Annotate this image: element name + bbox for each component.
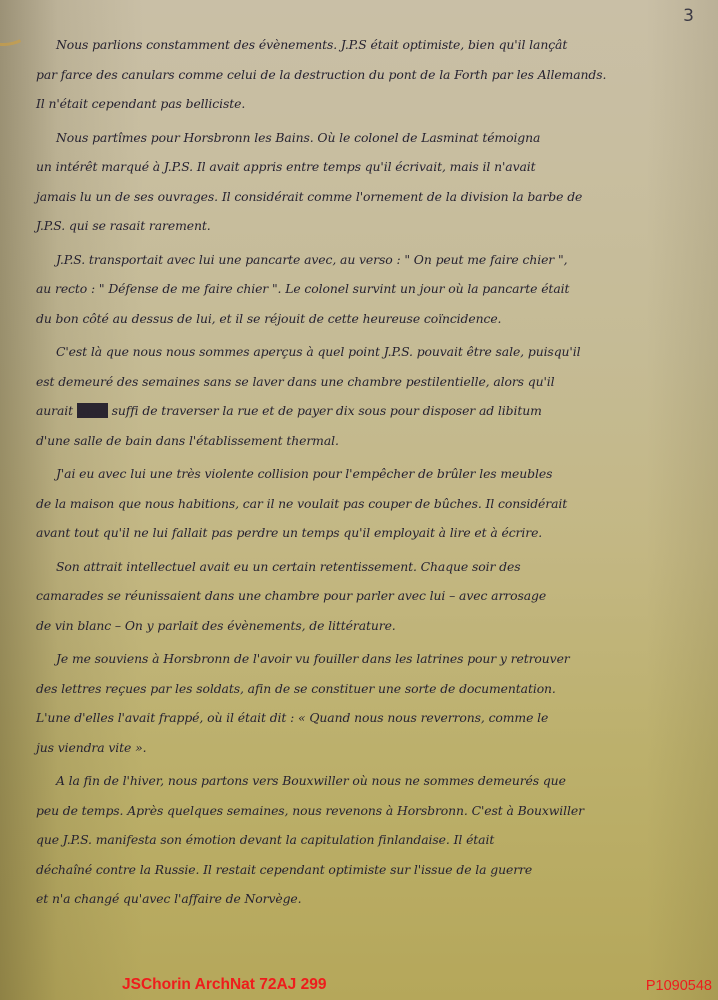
paragraph: C'est là que nous nous sommes aperçus à … <box>36 337 708 455</box>
text-line: d'une salle de bain dans l'établissement… <box>36 426 708 456</box>
photo-id-stamp: P1090548 <box>646 978 712 994</box>
archive-reference-stamp: JSChorin ArchNat 72AJ 299 <box>122 976 326 994</box>
text-line: Son attrait intellectuel avait eu un cer… <box>36 552 708 582</box>
paragraph: J'ai eu avec lui une très violente colli… <box>36 459 708 548</box>
text-line: camarades se réunissaient dans une chamb… <box>36 581 708 611</box>
text-line: Il n'était cependant pas belliciste. <box>36 89 708 119</box>
paragraph: Nous parlions constamment des évènements… <box>36 30 708 119</box>
text-line: des lettres reçues par les soldats, afin… <box>36 674 708 704</box>
handwritten-text-body: Nous parlions constamment des évènements… <box>36 30 708 918</box>
page-number: 3 <box>683 6 694 26</box>
text-line: avant tout qu'il ne lui fallait pas perd… <box>36 518 708 548</box>
text-line: que J.P.S. manifesta son émotion devant … <box>36 825 708 855</box>
text-line: Je me souviens à Horsbronn de l'avoir vu… <box>36 644 708 674</box>
text-line: A la fin de l'hiver, nous partons vers B… <box>36 766 708 796</box>
text-line: de la maison que nous habitions, car il … <box>36 489 708 519</box>
text-line: Nous partîmes pour Horsbronn les Bains. … <box>36 123 708 153</box>
text-line: déchaîné contre la Russie. Il restait ce… <box>36 855 708 885</box>
text-line: et n'a changé qu'avec l'affaire de Norvè… <box>36 884 708 914</box>
text-line: par farce des canulars comme celui de la… <box>36 60 708 90</box>
text-line: du bon côté au dessus de lui, et il se r… <box>36 304 708 334</box>
text-line: jus viendra vite ». <box>36 733 708 763</box>
text-line: de vin blanc – On y parlait des évènemen… <box>36 611 708 641</box>
paragraph: Je me souviens à Horsbronn de l'avoir vu… <box>36 644 708 762</box>
text-line: au recto : " Défense de me faire chier "… <box>36 274 708 304</box>
text-line: J.P.S. qui se rasait rarement. <box>36 211 708 241</box>
text-line: jamais lu un de ses ouvrages. Il considé… <box>36 182 708 212</box>
text-line: peu de temps. Après quelques semaines, n… <box>36 796 708 826</box>
text-line: C'est là que nous nous sommes aperçus à … <box>36 337 708 367</box>
paragraph: A la fin de l'hiver, nous partons vers B… <box>36 766 708 914</box>
struck-out-word: aupi <box>77 403 108 418</box>
text-line: Nous parlions constamment des évènements… <box>36 30 708 60</box>
paragraph: J.P.S. transportait avec lui une pancart… <box>36 245 708 334</box>
paragraph: Son attrait intellectuel avait eu un cer… <box>36 552 708 641</box>
text-line: J'ai eu avec lui une très violente colli… <box>36 459 708 489</box>
text-line: est demeuré des semaines sans se laver d… <box>36 367 708 397</box>
text-line: un intérêt marqué à J.P.S. Il avait appr… <box>36 152 708 182</box>
text-line: aurait aupi suffi de traverser la rue et… <box>36 396 708 426</box>
paragraph: Nous partîmes pour Horsbronn les Bains. … <box>36 123 708 241</box>
text-line: J.P.S. transportait avec lui une pancart… <box>36 245 708 275</box>
text-line: L'une d'elles l'avait frappé, où il étai… <box>36 703 708 733</box>
